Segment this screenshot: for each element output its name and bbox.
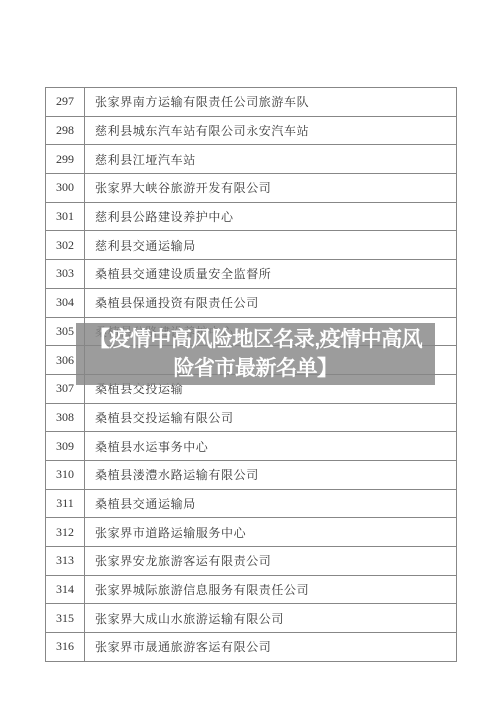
row-number: 309 — [46, 432, 85, 461]
table-row: 300张家界大峡谷旅游开发有限公司 — [46, 174, 457, 203]
row-number: 314 — [46, 575, 85, 604]
row-entity-name: 张家界安龙旅游客运有限责公司 — [85, 547, 457, 576]
row-entity-name: 慈利县交通运输局 — [85, 231, 457, 260]
row-number: 303 — [46, 260, 85, 289]
row-number: 312 — [46, 518, 85, 547]
row-entity-name: 桑植县公路建设养护中心 — [85, 317, 457, 346]
row-number: 297 — [46, 88, 85, 117]
table-row: 310桑植县溇澧水路运输有限公司 — [46, 460, 457, 489]
row-number: 306 — [46, 346, 85, 375]
row-entity-name: 张家界大峡谷旅游开发有限公司 — [85, 174, 457, 203]
row-number: 313 — [46, 547, 85, 576]
row-entity-name: 桑植县保通投资有限责任公司 — [85, 288, 457, 317]
table-row: 307桑植县交投运输 — [46, 374, 457, 403]
row-entity-name: 张家界大成山水旅游运输有限公司 — [85, 604, 457, 633]
row-number: 299 — [46, 145, 85, 174]
document-page: 297张家界南方运输有限责任公司旅游车队298慈利县城东汽车站有限公司永安汽车站… — [0, 0, 500, 707]
row-entity-name: 桑植县溇澧水路运输有限公司 — [85, 460, 457, 489]
row-number: 310 — [46, 460, 85, 489]
table-row: 306 — [46, 346, 457, 375]
entity-list-table-body: 297张家界南方运输有限责任公司旅游车队298慈利县城东汽车站有限公司永安汽车站… — [46, 88, 457, 662]
row-entity-name: 慈利县公路建设养护中心 — [85, 202, 457, 231]
row-number: 300 — [46, 174, 85, 203]
table-row: 316张家界市晟通旅游客运有限公司 — [46, 633, 457, 662]
table-row: 304桑植县保通投资有限责任公司 — [46, 288, 457, 317]
row-number: 304 — [46, 288, 85, 317]
table-row: 297张家界南方运输有限责任公司旅游车队 — [46, 88, 457, 117]
row-entity-name: 张家界南方运输有限责任公司旅游车队 — [85, 88, 457, 117]
row-entity-name: 张家界市道路运输服务中心 — [85, 518, 457, 547]
table-row: 311桑植县交通运输局 — [46, 489, 457, 518]
row-number: 311 — [46, 489, 85, 518]
row-entity-name: 桑植县水运事务中心 — [85, 432, 457, 461]
row-entity-name: 张家界城际旅游信息服务有限责任公司 — [85, 575, 457, 604]
row-entity-name: 桑植县交投运输 — [85, 374, 457, 403]
table-row: 302慈利县交通运输局 — [46, 231, 457, 260]
row-number: 316 — [46, 633, 85, 662]
row-number: 301 — [46, 202, 85, 231]
row-number: 308 — [46, 403, 85, 432]
table-row: 299慈利县江垭汽车站 — [46, 145, 457, 174]
table-row: 312张家界市道路运输服务中心 — [46, 518, 457, 547]
row-entity-name: 桑植县交投运输有限公司 — [85, 403, 457, 432]
table-row: 309桑植县水运事务中心 — [46, 432, 457, 461]
row-number: 298 — [46, 116, 85, 145]
row-number: 307 — [46, 374, 85, 403]
row-entity-name: 张家界市晟通旅游客运有限公司 — [85, 633, 457, 662]
entity-list-table: 297张家界南方运输有限责任公司旅游车队298慈利县城东汽车站有限公司永安汽车站… — [45, 87, 457, 662]
row-number: 305 — [46, 317, 85, 346]
row-number: 315 — [46, 604, 85, 633]
row-entity-name: 慈利县江垭汽车站 — [85, 145, 457, 174]
row-entity-name: 桑植县交通运输局 — [85, 489, 457, 518]
table-row: 305桑植县公路建设养护中心 — [46, 317, 457, 346]
table-row: 315张家界大成山水旅游运输有限公司 — [46, 604, 457, 633]
table-row: 308桑植县交投运输有限公司 — [46, 403, 457, 432]
table-row: 298慈利县城东汽车站有限公司永安汽车站 — [46, 116, 457, 145]
row-number: 302 — [46, 231, 85, 260]
table-row: 303桑植县交通建设质量安全监督所 — [46, 260, 457, 289]
table-row: 314张家界城际旅游信息服务有限责任公司 — [46, 575, 457, 604]
row-entity-name — [85, 346, 457, 375]
table-row: 301慈利县公路建设养护中心 — [46, 202, 457, 231]
row-entity-name: 慈利县城东汽车站有限公司永安汽车站 — [85, 116, 457, 145]
row-entity-name: 桑植县交通建设质量安全监督所 — [85, 260, 457, 289]
table-row: 313张家界安龙旅游客运有限责公司 — [46, 547, 457, 576]
